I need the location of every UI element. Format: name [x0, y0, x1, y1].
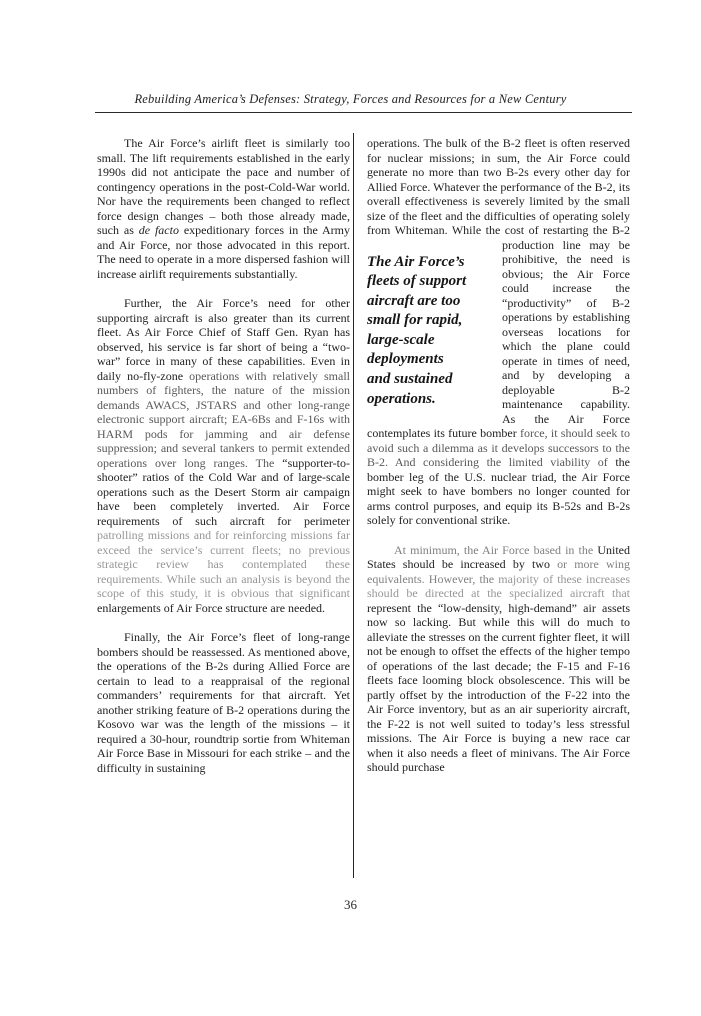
column-divider [353, 133, 354, 878]
paragraph-support-aircraft: Further, the Air Force’s need for other … [97, 296, 350, 615]
de-facto-italic: de facto [139, 223, 179, 237]
pull-quote-line: and sustained [367, 370, 494, 390]
paragraph-text-faded: patrolling missions and for reinforcing … [97, 528, 350, 600]
header-rule [95, 112, 632, 113]
pull-quote-line: small for rapid, [367, 311, 494, 331]
pull-quote-line: operations. [367, 390, 494, 410]
paragraph-force-structure: At minimum, the Air Force based in the U… [367, 543, 630, 775]
paragraph-text: represent the “low-density, high-demand”… [367, 601, 630, 775]
page-number: 36 [0, 897, 701, 913]
paragraph-text-faded: At minimum, the Air Force based in the [394, 543, 597, 557]
paragraph-text: Finally, the Air Force’s fleet of long-r… [97, 630, 350, 775]
pull-quote-line: The Air Force’s [367, 253, 494, 273]
document-page: Rebuilding America’s Defenses: Strategy,… [0, 0, 701, 1016]
pull-quote-line: large-scale [367, 331, 494, 351]
paragraph-text: The Air Force’s airlift fleet is similar… [97, 136, 350, 237]
pull-quote-line: fleets of support [367, 272, 494, 292]
paragraph-text-faded: operations with relatively small numbers… [97, 369, 350, 470]
pull-quote-line: deployments [367, 350, 494, 370]
paragraph-bombers: Finally, the Air Force’s fleet of long-r… [97, 630, 350, 775]
paragraph-b2-fleet: operations. The bulk of the B-2 fleet is… [367, 136, 630, 528]
pull-quote: The Air Force’sfleets of supportaircraft… [367, 253, 494, 410]
running-header-title: Rebuilding America’s Defenses: Strategy,… [0, 92, 701, 107]
paragraph-text: enlargements of Air Force structure are … [97, 601, 325, 615]
paragraph-airlift: The Air Force’s airlift fleet is similar… [97, 136, 350, 281]
left-column: The Air Force’s airlift fleet is similar… [97, 136, 350, 790]
pull-quote-line: aircraft are too [367, 292, 494, 312]
right-column: operations. The bulk of the B-2 fleet is… [367, 136, 630, 790]
paragraph-text: operations. The bulk of the B-2 fleet is… [367, 136, 630, 252]
